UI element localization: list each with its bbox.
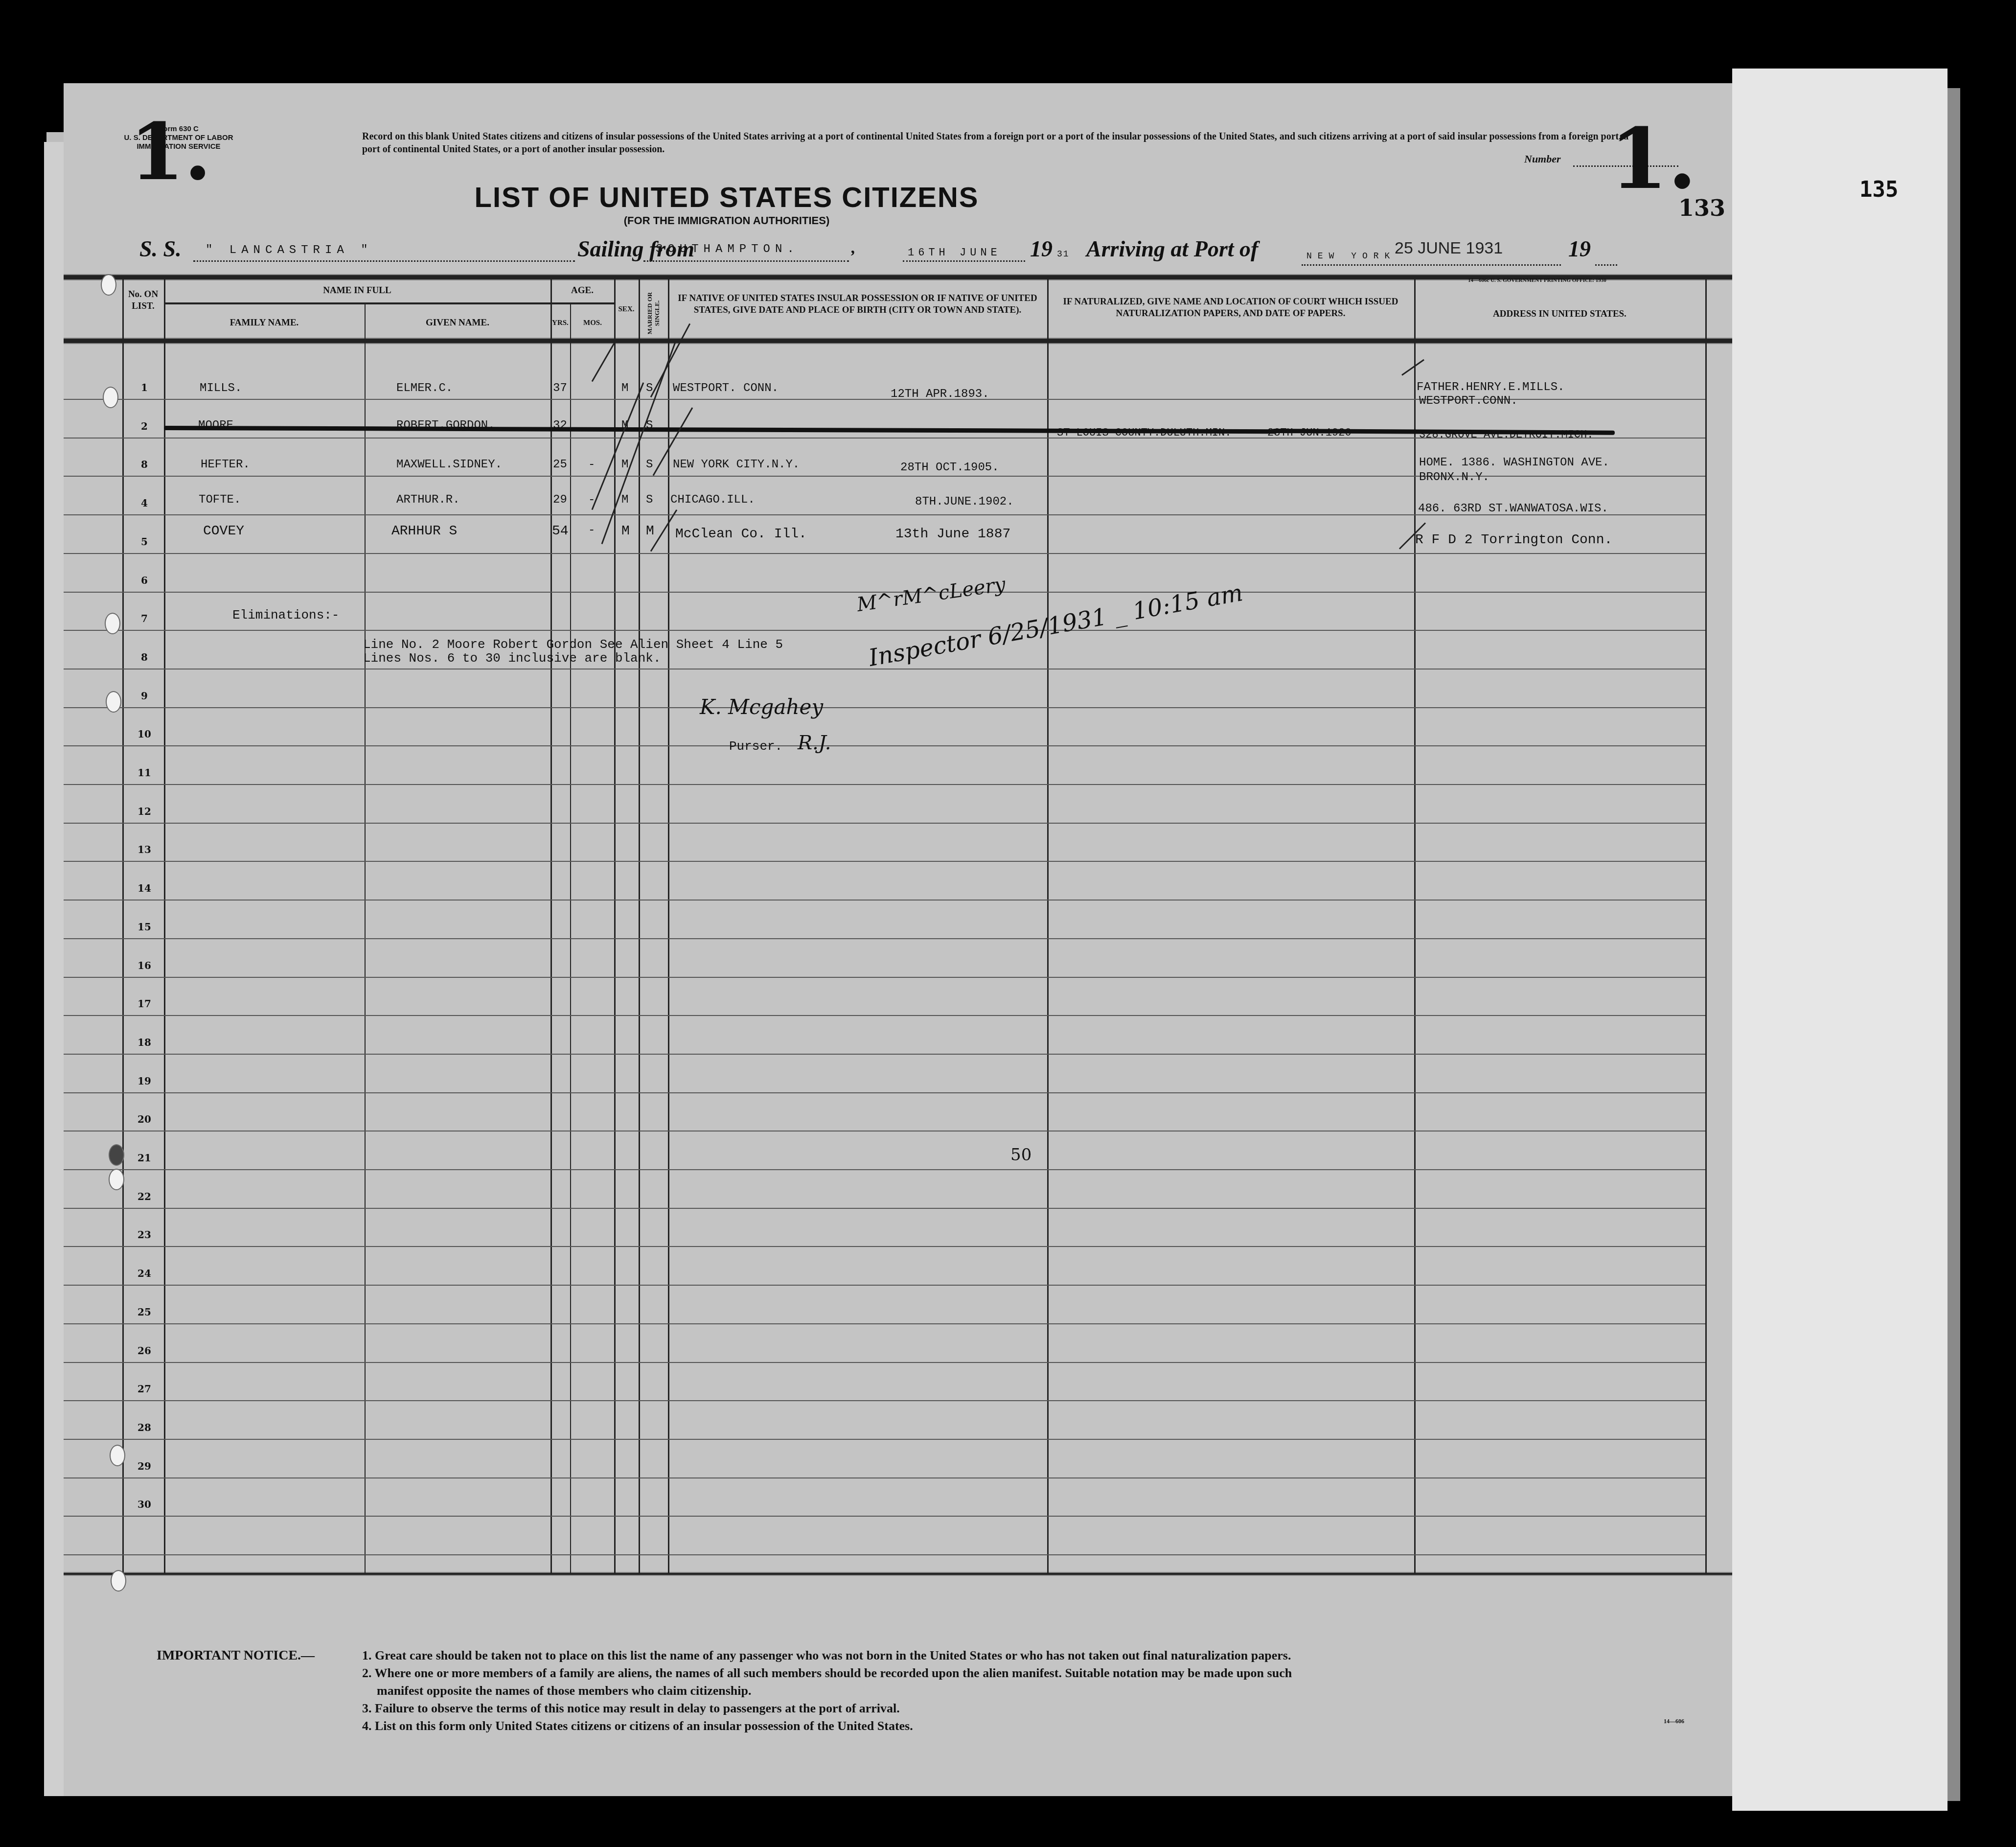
family-name-cell: HEFTER. (201, 458, 250, 471)
age-yrs-cell: 54 (552, 524, 569, 539)
ss-label: S. S. (139, 236, 182, 262)
binder-hole (105, 613, 120, 634)
row-rule (64, 707, 1705, 708)
address-line-2: WESTPORT.CONN. (1419, 394, 1518, 408)
birth-place-cell: CHICAGO.ILL. (670, 493, 755, 507)
departure-port-line (643, 260, 849, 262)
row-number: 24 (130, 1268, 159, 1279)
notice-item-2-continued: manifest opposite the names of those mem… (362, 1682, 1727, 1700)
row-number: 10 (130, 728, 159, 740)
age-yrs-cell: 29 (553, 493, 567, 507)
row-rule (64, 861, 1705, 862)
binder-hole (109, 1144, 124, 1166)
purser-initials: R.J. (798, 732, 831, 754)
inspector-name-handwritten: M^rM^cLeery (855, 573, 1007, 616)
marital-status-cell: M (646, 524, 654, 539)
row-rule (64, 1054, 1705, 1055)
elimination-line-1: Line No. 2 Moore Robert Gordon See Alien… (363, 637, 783, 652)
address-line-1: R F D 2 Torrington Conn. (1415, 532, 1612, 548)
form-instructions: Record on this blank United States citiz… (362, 130, 1639, 156)
name-age-subheader-rule (164, 302, 614, 304)
binder-hole (103, 387, 118, 408)
row-rule (64, 1169, 1705, 1170)
address-line-1: HOME. 1386. WASHINGTON AVE. (1419, 456, 1609, 469)
row-number: 14 (130, 882, 159, 894)
notice-item-4: 4. List on this form only United States … (362, 1717, 1727, 1735)
birth-place-cell: McClean Co. Ill. (675, 527, 807, 542)
row-number: 18 (130, 1037, 159, 1048)
table-bottom-rule (64, 1572, 1732, 1576)
elimination-line-2: Lines Nos. 6 to 30 inclusive are blank. (363, 651, 661, 666)
row-rule (64, 1362, 1705, 1363)
row-number: 20 (130, 1113, 159, 1125)
arrival-port-line (1302, 264, 1561, 266)
header-address: ADDRESS IN UNITED STATES. (1414, 308, 1705, 320)
header-no-on-list: No. ON LIST. (122, 289, 164, 312)
row-rule (64, 1092, 1705, 1093)
col-divider-naturalization (1047, 277, 1049, 1573)
row-rule (64, 784, 1705, 785)
age-yrs-cell: 25 (553, 458, 567, 471)
arrival-date-stamp: 25 JUNE 1931 (1395, 239, 1503, 258)
row-number: 11 (130, 767, 159, 779)
row-number: 28 (130, 1422, 159, 1433)
header-bottom-rule (64, 338, 1732, 344)
age-yrs-cell: 37 (553, 382, 567, 395)
departure-date-line (903, 260, 1025, 262)
row-rule (64, 1285, 1705, 1286)
row-rule (64, 900, 1705, 900)
row-number: 13 (130, 844, 159, 855)
row-rule (64, 745, 1705, 746)
departure-year-prefix: 19 (1030, 236, 1053, 262)
number-label: Number (1524, 153, 1561, 165)
family-name-cell: TOFTE. (199, 493, 241, 507)
back-page (1732, 69, 1947, 1811)
row-rule (64, 1554, 1705, 1555)
notice-heading: IMPORTANT NOTICE.— (157, 1647, 315, 1664)
page-stamp-number: 133 (1678, 195, 1725, 221)
col-divider-no (122, 277, 124, 1573)
row-number: 12 (130, 806, 159, 817)
check-mark-icon (650, 509, 678, 552)
row-number: 1 (130, 382, 159, 393)
row-number: 17 (130, 998, 159, 1010)
ship-name-line (193, 260, 575, 262)
ship-name-value: " LANCASTRIA " (206, 244, 373, 257)
check-mark-icon (1401, 359, 1424, 376)
row-rule (64, 1131, 1705, 1131)
row-number: 23 (130, 1229, 159, 1241)
header-married-single: MARRIED OR SINGLE. (646, 286, 661, 340)
arrival-port-value: NEW YORK (1306, 252, 1396, 261)
sex-cell: M (621, 458, 628, 471)
notice-item-3: 3. Failure to observe the terms of this … (362, 1700, 1727, 1717)
check-mark-icon (592, 339, 618, 382)
eliminations-label: Eliminations:- (232, 608, 339, 623)
arrival-year-prefix: 19 (1568, 236, 1591, 262)
address-line-2: BRONX.N.Y. (1419, 471, 1489, 484)
footer-form-code: 14—606 (1664, 1718, 1684, 1725)
family-name-cell: COVEY (203, 524, 244, 539)
row-number: 19 (130, 1075, 159, 1087)
row-rule (64, 823, 1705, 824)
binder-hole (106, 691, 121, 713)
age-mos-cell: - (588, 458, 595, 471)
row-rule (64, 938, 1705, 939)
header-mos: MOS. (571, 317, 614, 329)
row-rule (64, 553, 1705, 554)
page-subtitle: (FOR THE IMMIGRATION AUTHORITIES) (64, 214, 1341, 227)
col-divider-address (1414, 277, 1416, 1573)
row-rule (64, 1246, 1705, 1247)
col-divider-sex (614, 277, 616, 1573)
header-given-name: GIVEN NAME. (365, 317, 550, 329)
sex-cell: M (621, 524, 630, 539)
underlying-sheet-left-strip (44, 142, 66, 1796)
header-birth: IF NATIVE OF UNITED STATES INSULAR POSSE… (675, 293, 1040, 316)
departure-port-value: SOUTHAMPTON. (656, 243, 799, 256)
address-line-1: 486. 63RD ST.WANWATOSA.WIS. (1418, 502, 1608, 515)
back-page-number: 135 (1859, 177, 1898, 202)
row-number: 21 (130, 1152, 159, 1164)
notice-list: 1. Great care should be taken not to pla… (362, 1647, 1727, 1735)
row-number: 15 (130, 921, 159, 933)
header-family-name: FAMILY NAME. (164, 317, 365, 329)
sex-cell: M (621, 493, 628, 507)
departure-year-value: 31 (1057, 250, 1070, 259)
count-mark: 50 (1010, 1145, 1031, 1165)
col-divider-birth (668, 277, 669, 1573)
row-number: 25 (130, 1306, 159, 1318)
marital-status-cell: S (646, 493, 653, 507)
row-number: 22 (130, 1191, 159, 1202)
row-rule (64, 1478, 1705, 1478)
binder-hole (110, 1445, 125, 1466)
row-number: 6 (130, 575, 159, 586)
departure-date-value: 16TH JUNE (908, 247, 1001, 259)
birth-date-cell: 8TH.JUNE.1902. (915, 495, 1014, 508)
row-number: 30 (130, 1499, 159, 1510)
purser-label: Purser. (729, 739, 782, 754)
row-number: 27 (130, 1383, 159, 1395)
row-number: 16 (130, 960, 159, 971)
row-rule (64, 630, 1705, 631)
row-number: 29 (130, 1460, 159, 1472)
header-name-in-full: NAME IN FULL (164, 285, 550, 297)
row-number: 4 (130, 497, 159, 509)
notice-item-2: 2. Where one or more members of a family… (362, 1664, 1727, 1682)
row-rule (64, 1015, 1705, 1016)
col-divider-family (164, 277, 165, 1573)
header-yrs: YRS. (550, 317, 570, 329)
sex-cell: M (621, 382, 628, 395)
row-rule (64, 1439, 1705, 1440)
binder-hole (101, 274, 116, 296)
header-sex: SEX. (614, 303, 639, 315)
page-title: LIST OF UNITED STATES CITIZENS (64, 181, 1341, 214)
given-name-cell: MAXWELL.SIDNEY. (396, 458, 502, 471)
given-name-cell: ARTHUR.R. (396, 493, 460, 507)
header-age: AGE. (550, 285, 614, 297)
age-mos-cell: - (588, 524, 595, 537)
row-number: 7 (130, 613, 159, 624)
header-naturalization: IF NATURALIZED, GIVE NAME AND LOCATION O… (1057, 296, 1404, 320)
row-number: 9 (130, 690, 159, 702)
marital-status-cell: S (646, 458, 653, 471)
row-rule (64, 1323, 1705, 1324)
col-divider-right (1705, 277, 1707, 1573)
comma-sep: , (851, 239, 856, 257)
sheet-mark-left: 1. (130, 113, 211, 191)
purser-signature: K. Mcgahey (700, 695, 823, 719)
printer-mark: 14—606c U. S. GOVERNMENT PRINTING OFFICE… (1468, 277, 1606, 283)
row-number: 26 (130, 1345, 159, 1357)
family-name-cell: MILLS. (200, 382, 242, 395)
binder-hole (109, 1169, 124, 1190)
number-field-value: 1. (1610, 117, 1696, 201)
row-rule (64, 977, 1705, 978)
row-number: 8 (130, 651, 159, 663)
arrival-year-line (1595, 264, 1617, 266)
given-name-cell: ELMER.C. (396, 382, 453, 395)
back-page-edge (1947, 88, 1960, 1801)
manifest-page: Form 630 C U. S. DEPARTMENT OF LABOR IMM… (64, 83, 1732, 1796)
row-number: 2 (130, 420, 159, 432)
binder-hole (111, 1570, 126, 1592)
col-divider-ms (639, 277, 640, 1573)
birth-date-cell: 28TH OCT.1905. (900, 461, 999, 474)
birth-date-cell: 13th June 1887 (895, 527, 1010, 542)
birth-date-cell: 12TH APR.1893. (891, 388, 989, 401)
birth-place-cell: NEW YORK CITY.N.Y. (673, 458, 800, 471)
notice-item-1: 1. Great care should be taken not to pla… (362, 1647, 1727, 1664)
col-divider-age (550, 277, 552, 1573)
arriving-label: Arriving at Port of (1086, 236, 1258, 262)
row-number: 8 (130, 459, 159, 470)
given-name-cell: ARHHUR S (391, 524, 457, 539)
row-number: 5 (130, 536, 159, 548)
birth-place-cell: WESTPORT. CONN. (673, 382, 779, 395)
row-rule (64, 1400, 1705, 1401)
row-rule (64, 1516, 1705, 1517)
row-rule (64, 1208, 1705, 1209)
address-line-1: FATHER.HENRY.E.MILLS. (1417, 381, 1564, 394)
